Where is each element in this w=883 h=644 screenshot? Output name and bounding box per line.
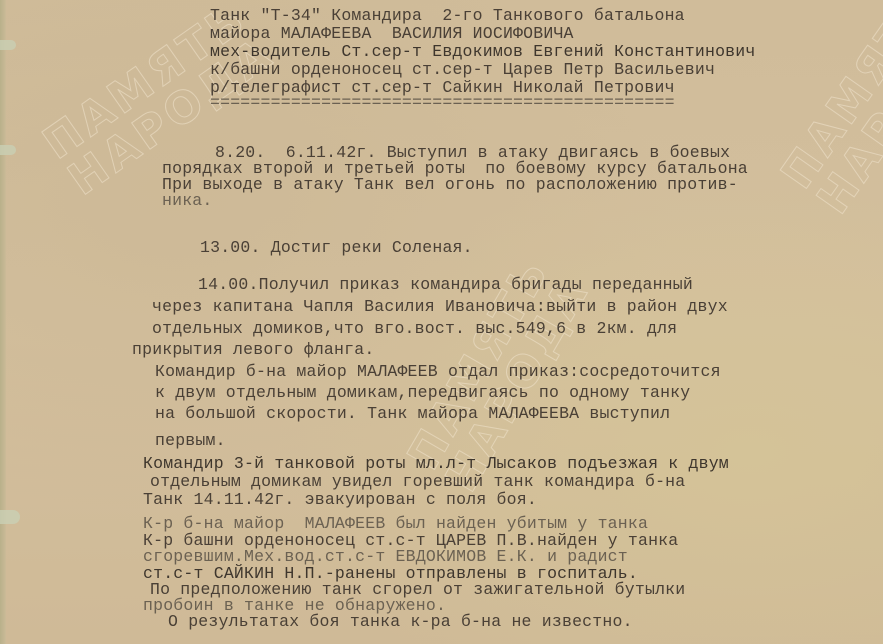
watermark: ПАМЯТЬ НАРОДА bbox=[775, 0, 883, 222]
page-left-edge bbox=[0, 0, 6, 644]
text-line: отдельным домикам увидел горевший танк к… bbox=[150, 474, 685, 491]
text-line: к двум отдельным домикам,передвигаясь по… bbox=[155, 385, 690, 402]
text-line: прикрытия левого фланга. bbox=[132, 342, 374, 359]
punch-hole-mark bbox=[0, 510, 20, 524]
header-line: майора МАЛАФЕЕВА ВАСИЛИЯ ИОСИФОВИЧА bbox=[210, 26, 574, 43]
text-line: 13.00. Достиг реки Соленая. bbox=[200, 240, 473, 257]
text-line: первым. bbox=[155, 433, 226, 450]
text-line: через капитана Чапля Василия Ивановича:в… bbox=[152, 299, 728, 316]
header-separator: ========================================… bbox=[210, 95, 675, 112]
document-page: ПАМЯТЬ НАРОДА ПАМЯТЬ НАРОДА ПАМЯТЬ НАРОД… bbox=[0, 0, 883, 644]
text-line: Командир 3-й танковой роты мл.л-т Лысако… bbox=[143, 456, 729, 473]
text-line: отдельных домиков,что вго.вост. выс.549,… bbox=[152, 321, 677, 338]
text-line: Командир б-на майор МАЛАФЕЕВ отдал прика… bbox=[155, 364, 721, 381]
text-line: При выходе в атаку Танк вел огонь по рас… bbox=[162, 177, 738, 194]
text-line: ника. bbox=[162, 193, 213, 210]
text-line: 14.00.Получил приказ командира бригады п… bbox=[198, 277, 693, 294]
text-line: О результатах боя танка к-ра б-на не изв… bbox=[168, 614, 633, 631]
header-line: мех-водитель Ст.сер-т Евдокимов Евгений … bbox=[210, 44, 756, 61]
header-line: к/башни орденоносец ст.сер-т Царев Петр … bbox=[210, 62, 715, 79]
punch-hole-mark bbox=[0, 40, 16, 50]
header-line: Танк "Т-34" Командира 2-го Танкового бат… bbox=[210, 8, 685, 25]
text-line: на большой скорости. Танк майора МАЛАФЕЕ… bbox=[155, 406, 670, 423]
punch-hole-mark bbox=[0, 145, 16, 155]
text-line: Танк 14.11.42г. эвакуирован с поля боя. bbox=[143, 492, 537, 509]
